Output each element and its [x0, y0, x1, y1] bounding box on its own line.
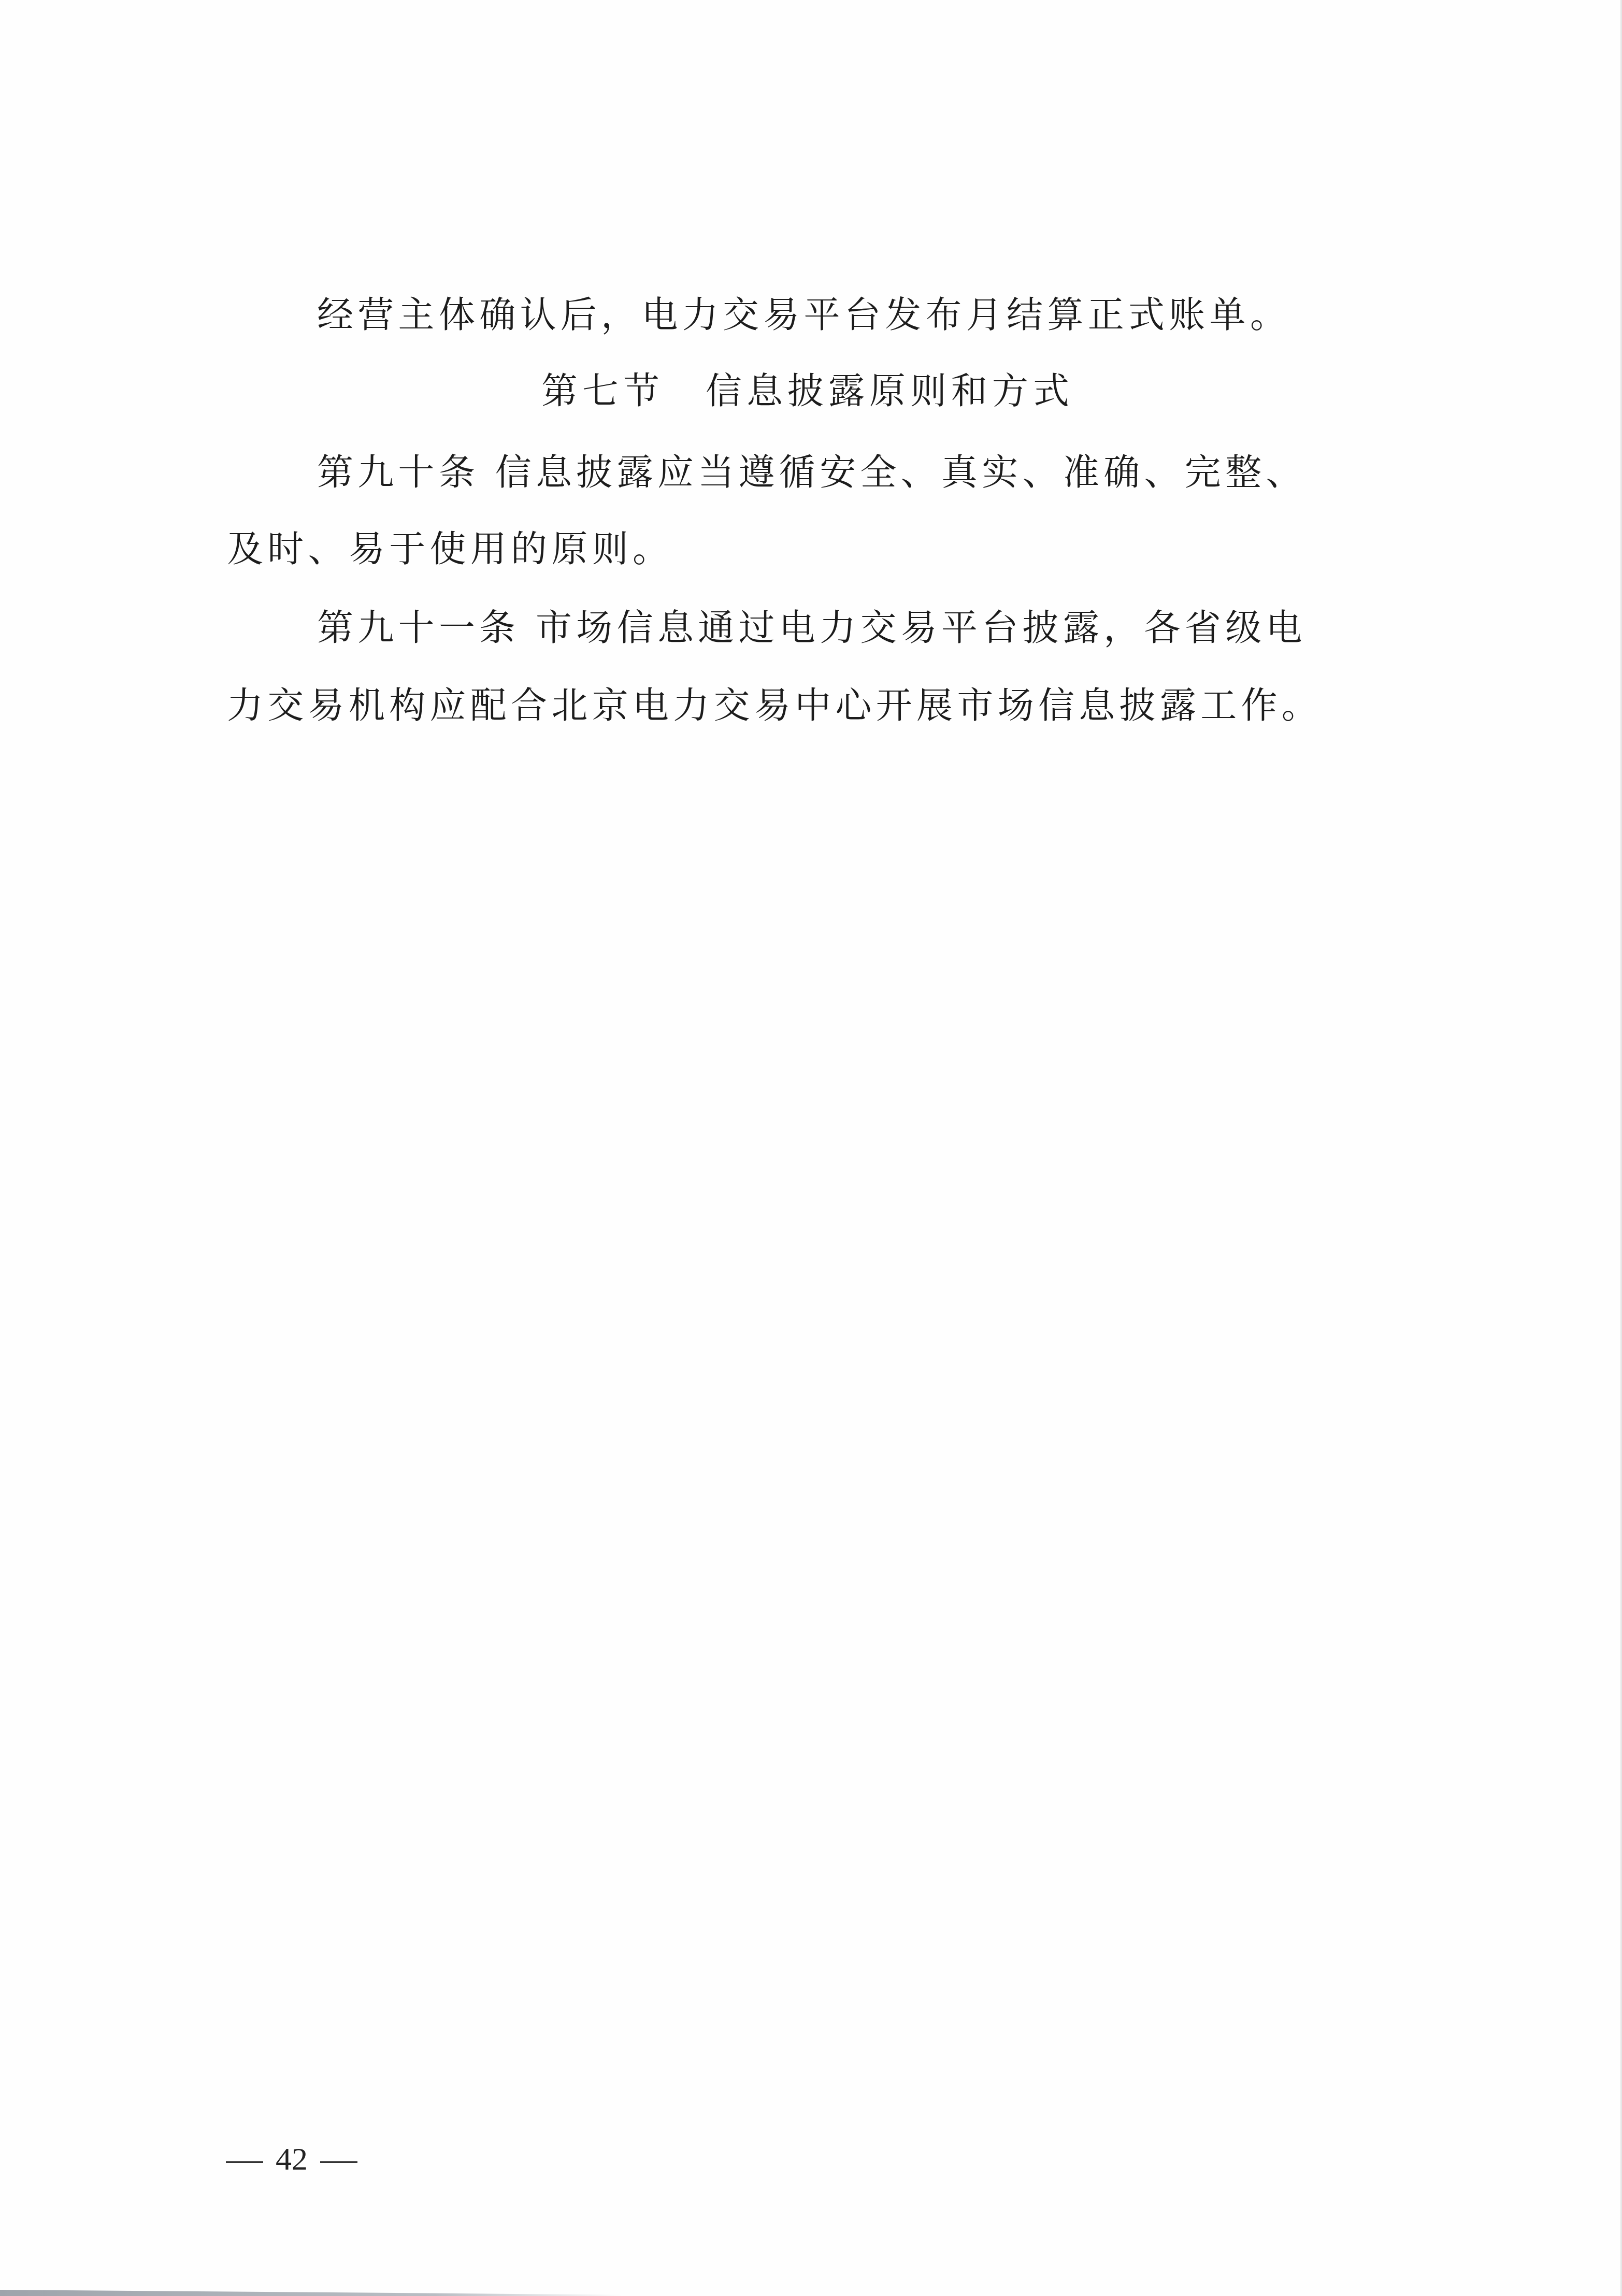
section-number: 第七节 [541, 370, 664, 412]
article-90-line-1: 第九十条 信息披露应当遵循安全、真实、准确、完整、 [317, 447, 1509, 498]
section-heading: 第七节信息披露原则和方式 [541, 365, 1622, 417]
dash-right [320, 2161, 357, 2163]
scan-shadow [0, 2290, 622, 2296]
dash-left [226, 2161, 263, 2163]
article-91-line-2: 力交易机构应配合北京电力交易中心开展市场信息披露工作。 [227, 680, 1418, 731]
section-title: 信息披露原则和方式 [706, 370, 1074, 412]
article-91-line-1: 第九十一条 市场信息通过电力交易平台披露，各省级电 [317, 602, 1509, 654]
document-page: 经营主体确认后，电力交易平台发布月结算正式账单。 第七节信息披露原则和方式 第九… [0, 0, 1622, 2296]
page-number-value: 42 [276, 2142, 308, 2177]
page-number: 42 [213, 2139, 370, 2180]
article-90-line-2: 及时、易于使用的原则。 [227, 523, 1418, 575]
paragraph-line: 经营主体确认后，电力交易平台发布月结算正式账单。 [317, 289, 1509, 341]
